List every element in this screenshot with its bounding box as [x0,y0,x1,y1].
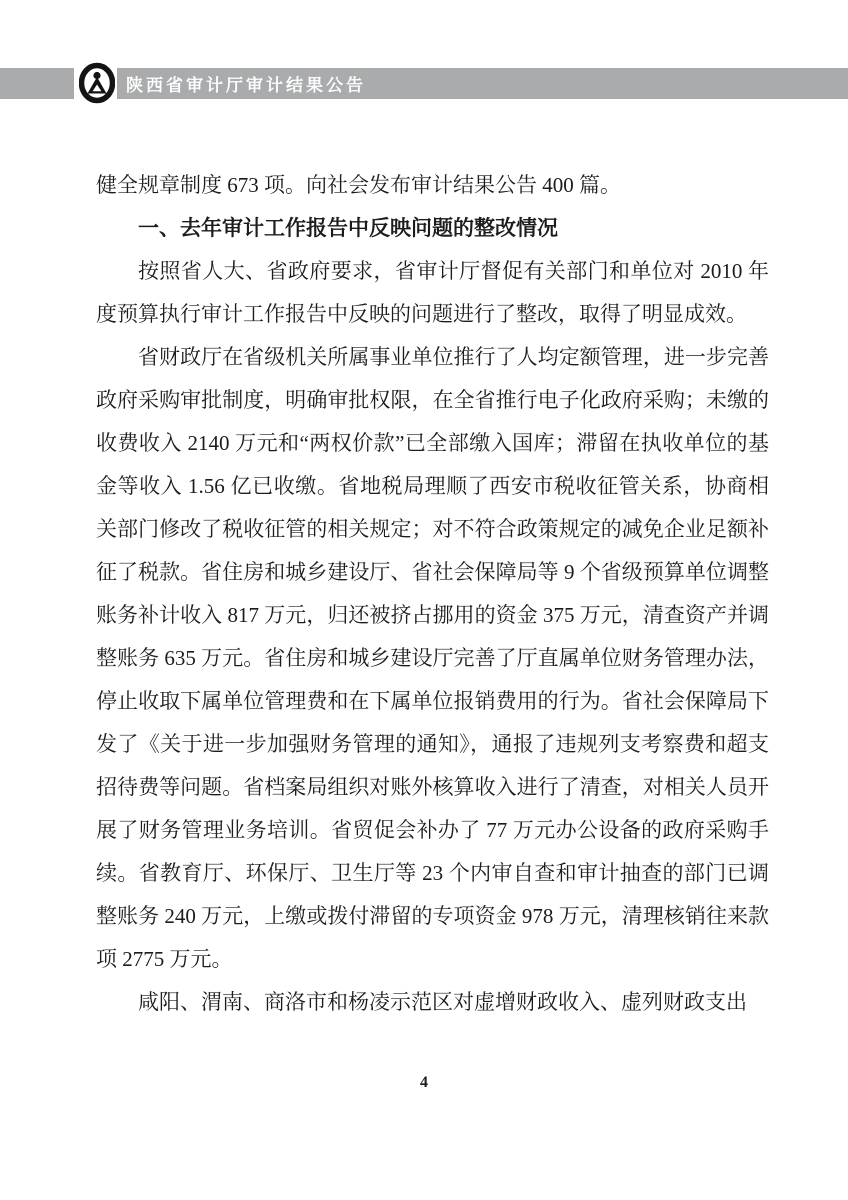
document-page: 陕西省审计厅审计结果公告 健全规章制度 673 项。向社会发布审计结果公告 40… [0,0,848,1200]
header-bar-main: 陕西省审计厅审计结果公告 [117,68,848,99]
paragraph-cities-rectification: 咸阳、渭南、商洛市和杨凌示范区对虚增财政收入、虚列财政支出 [96,981,769,1024]
page-number: 4 [420,1074,428,1091]
section-heading: 一、去年审计工作报告中反映问题的整改情况 [96,207,769,250]
header-bar: 陕西省审计厅审计结果公告 [0,68,848,99]
page-footer: 4 [0,1074,848,1092]
paragraph-department-rectifications: 省财政厅在省级机关所属事业单位推行了人均定额管理，进一步完善政府采购审批制度，明… [96,336,769,981]
header-bar-left-segment [0,68,74,99]
document-header-title: 陕西省审计厅审计结果公告 [117,71,366,96]
audit-office-emblem-icon [79,61,115,105]
document-body: 健全规章制度 673 项。向社会发布审计结果公告 400 篇。 一、去年审计工作… [96,164,769,1024]
paragraph-continuation: 健全规章制度 673 项。向社会发布审计结果公告 400 篇。 [96,164,769,207]
paragraph-rectification-overview: 按照省人大、省政府要求，省审计厅督促有关部门和单位对 2010 年度预算执行审计… [96,250,769,336]
